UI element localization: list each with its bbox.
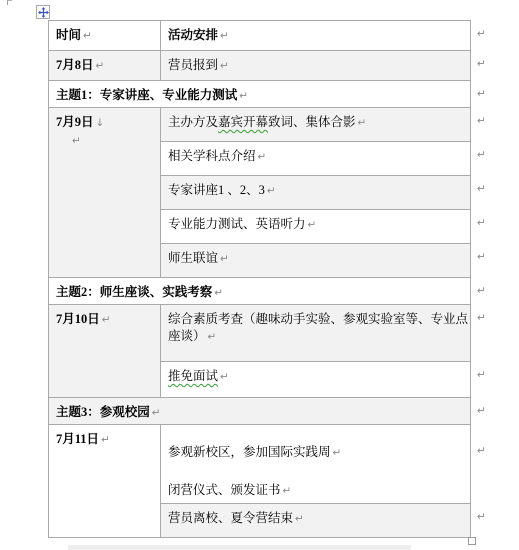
pilcrow-mark: ↵	[220, 253, 229, 265]
table-resize-handle[interactable]	[468, 537, 476, 545]
move-icon	[38, 7, 49, 18]
cell-text: 营员离校、夏令营结束	[168, 511, 293, 525]
paragraph: 推免面试↵	[168, 368, 468, 386]
paragraph: 主题1：专家讲座、专业能力测试↵	[56, 87, 468, 105]
pilcrow-mark: ↵	[295, 513, 304, 525]
grammar-underlined-text: 推免面试	[168, 369, 218, 383]
end-of-row-mark: ↵	[477, 405, 486, 417]
cell-text: 7月8日	[56, 58, 94, 72]
activity-cell[interactable]: 师生联谊↵	[161, 244, 471, 278]
clipped-scrollbar-fragment	[68, 545, 411, 550]
schedule-table: 时间↵活动安排↵7月8日↵营员报到↵主题1：专家讲座、专业能力测试↵7月9日↓↵…	[48, 20, 471, 538]
cell-text: 专业能力测试、英语听力	[168, 217, 306, 231]
activity-cell[interactable]: 相关学科点介绍↵	[161, 142, 471, 176]
grammar-underlined-text: 嘉宾开幕	[218, 115, 268, 129]
paragraph: 闭营仪式、颁发证书↵	[168, 482, 468, 500]
header-cell-activity[interactable]: 活动安排↵	[161, 21, 471, 51]
end-of-row-mark: ↵	[477, 445, 486, 457]
cell-text: 主题3：参观校园	[56, 405, 150, 419]
pilcrow-mark: ↵	[208, 331, 217, 343]
pilcrow-mark: ↵	[267, 185, 276, 197]
paragraph: ↵	[56, 132, 158, 150]
pilcrow-mark: ↵	[333, 447, 342, 459]
paragraph: 综合素质考查（趣味动手实验、参观实验室等、专业点座谈）↵	[168, 311, 468, 346]
date-cell[interactable]: 7月11日↵	[49, 425, 161, 538]
cell-text: 闭营仪式、颁发证书	[168, 483, 281, 497]
pilcrow-mark: ↵	[96, 60, 105, 72]
cell-text: 专家讲座1 、2、3	[168, 183, 265, 197]
cell-text: 主办方及	[168, 115, 218, 129]
pilcrow-mark: ↵	[358, 117, 367, 129]
cell-text: 师生联谊	[168, 251, 218, 265]
cell-text: 营员报到	[168, 58, 218, 72]
paragraph: 相关学科点介绍↵	[168, 148, 468, 166]
end-of-row-mark: ↵	[477, 183, 486, 195]
row-jul11: 7月11日↵参观新校区，参加国际实践周↵闭营仪式、颁发证书↵	[49, 425, 471, 504]
activity-cell[interactable]: 专业能力测试、英语听力↵	[161, 210, 471, 244]
cell-text: 相关学科点介绍	[168, 149, 256, 163]
cell-text: 参观新校区，参加国际实践周	[168, 445, 331, 459]
header-cell-time[interactable]: 时间↵	[49, 21, 161, 51]
cell-text: 致词、集体合影	[268, 115, 356, 129]
clipped-paragraph-mark	[7, 0, 12, 5]
paragraph: 7月9日↓	[56, 114, 158, 132]
end-of-row-mark: ↵	[477, 115, 486, 127]
cell-text: 活动安排	[168, 28, 218, 42]
table-move-handle[interactable]	[36, 5, 50, 19]
theme-cell[interactable]: 主题3：参观校园↵	[49, 398, 471, 425]
activity-cell[interactable]: 专家讲座1 、2、3↵	[161, 176, 471, 210]
paragraph: 7月10日↵	[56, 311, 158, 329]
pilcrow-mark: ↵	[214, 287, 223, 299]
end-of-row-mark: ↵	[477, 88, 486, 100]
pilcrow-mark: ↵	[102, 314, 111, 326]
paragraph: 活动安排↵	[168, 27, 468, 45]
cell-text: 7月11日	[56, 432, 99, 446]
theme-cell[interactable]: 主题2：师生座谈、实践考察↵	[49, 278, 471, 305]
paragraph: 主题2：师生座谈、实践考察↵	[56, 284, 468, 302]
activity-cell[interactable]: 综合素质考查（趣味动手实验、参观实验室等、专业点座谈）↵	[161, 305, 471, 362]
pilcrow-mark: ↵	[152, 407, 161, 419]
paragraph: 7月8日↵	[56, 57, 158, 75]
pilcrow-mark: ↵	[72, 135, 81, 147]
paragraph: 时间↵	[56, 27, 158, 45]
paragraph: 师生联谊↵	[168, 250, 468, 268]
theme1-row: 主题1：专家讲座、专业能力测试↵	[49, 81, 471, 108]
activity-cell[interactable]: 营员离校、夏令营结束↵	[161, 504, 471, 538]
pilcrow-mark: ↵	[101, 434, 110, 446]
paragraph: 主办方及嘉宾开幕致词、集体合影↵	[168, 114, 468, 132]
paragraph: 营员报到↵	[168, 57, 468, 75]
pilcrow-mark: ↵	[258, 151, 267, 163]
row-jul9: 7月9日↓↵主办方及嘉宾开幕致词、集体合影↵	[49, 108, 471, 142]
pilcrow-mark: ↵	[308, 219, 317, 231]
pilcrow-mark: ↵	[220, 30, 229, 42]
pilcrow-mark: ↵	[239, 90, 248, 102]
end-of-row-mark: ↵	[477, 511, 486, 523]
cell-text: 时间	[56, 28, 81, 42]
activity-cell[interactable]: 推免面试↵	[161, 362, 471, 398]
theme3-row: 主题3：参观校园↵	[49, 398, 471, 425]
end-of-row-mark: ↵	[477, 58, 486, 70]
header-row: 时间↵活动安排↵	[49, 21, 471, 51]
pilcrow-mark: ↵	[220, 60, 229, 72]
end-of-row-mark: ↵	[477, 251, 486, 263]
pilcrow-mark: ↵	[83, 30, 92, 42]
theme-cell[interactable]: 主题1：专家讲座、专业能力测试↵	[49, 81, 471, 108]
cell-text: 7月9日	[56, 115, 94, 129]
cell-text: 7月10日	[56, 312, 100, 326]
paragraph: 7月11日↵	[56, 431, 158, 449]
pilcrow-mark: ↵	[220, 371, 229, 383]
linebreak-mark: ↓	[96, 117, 105, 129]
activity-cell[interactable]: 营员报到↵	[161, 51, 471, 81]
end-of-row-mark: ↵	[477, 312, 486, 324]
schedule-table-body: 时间↵活动安排↵7月8日↵营员报到↵主题1：专家讲座、专业能力测试↵7月9日↓↵…	[49, 21, 471, 538]
paragraph: 主题3：参观校园↵	[56, 404, 468, 422]
end-of-row-mark: ↵	[477, 285, 486, 297]
end-of-row-mark: ↵	[477, 149, 486, 161]
pilcrow-mark: ↵	[283, 485, 292, 497]
end-of-row-mark: ↵	[477, 369, 486, 381]
paragraph: 参观新校区，参加国际实践周↵	[168, 444, 468, 462]
paragraph: 专业能力测试、英语听力↵	[168, 216, 468, 234]
paragraph: 专家讲座1 、2、3↵	[168, 182, 468, 200]
paragraph: 营员离校、夏令营结束↵	[168, 510, 468, 528]
row-jul10: 7月10日↵综合素质考查（趣味动手实验、参观实验室等、专业点座谈）↵	[49, 305, 471, 362]
cell-text: 主题1：专家讲座、专业能力测试	[56, 88, 237, 102]
document-canvas: 时间↵活动安排↵7月8日↵营员报到↵主题1：专家讲座、专业能力测试↵7月9日↓↵…	[0, 0, 519, 550]
activity-cell[interactable]: 主办方及嘉宾开幕致词、集体合影↵	[161, 108, 471, 142]
date-cell[interactable]: 7月10日↵	[49, 305, 161, 398]
end-of-row-mark: ↵	[477, 217, 486, 229]
theme2-row: 主题2：师生座谈、实践考察↵	[49, 278, 471, 305]
row-jul8: 7月8日↵营员报到↵	[49, 51, 471, 81]
cell-text: 主题2：师生座谈、实践考察	[56, 285, 212, 299]
date-cell[interactable]: 7月8日↵	[49, 51, 161, 81]
activity-cell[interactable]: 参观新校区，参加国际实践周↵闭营仪式、颁发证书↵	[161, 425, 471, 504]
end-of-row-mark: ↵	[477, 28, 486, 40]
date-cell[interactable]: 7月9日↓↵	[49, 108, 161, 278]
